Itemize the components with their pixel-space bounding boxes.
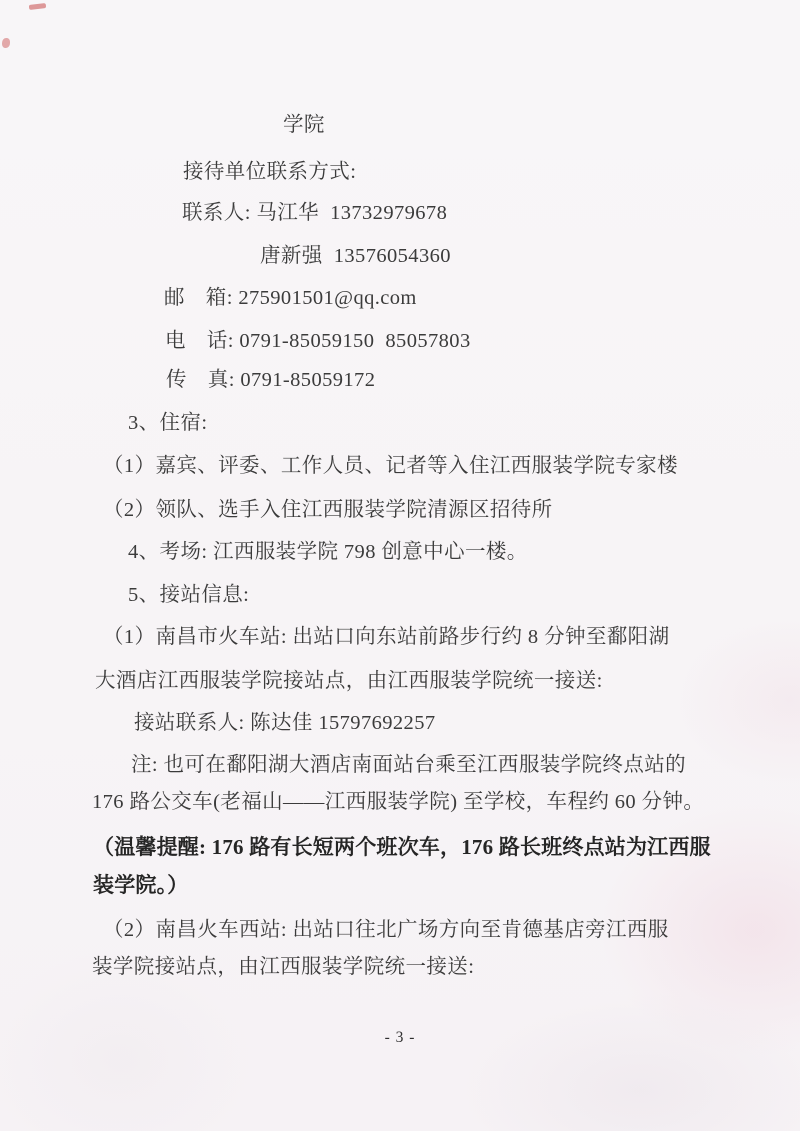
line-accommodation-guests: （1）嘉宾、评委、工作人员、记者等入住江西服装学院专家楼: [103, 453, 678, 480]
page-number: - 3 -: [0, 1029, 800, 1047]
line-xueyuan-fragment: 学院: [283, 112, 325, 139]
line-phone: 电 话: 0791-85059150 85057803: [165, 328, 471, 355]
scanned-document-page: 学院 接待单位联系方式: 联系人: 马江华 13732979678 唐新强 13…: [0, 0, 800, 1131]
line-reception-contact-heading: 接待单位联系方式:: [183, 159, 356, 186]
line-bus-note-part2: 176 路公交车(老福山——江西服装学院) 至学校，车程约 60 分钟。: [92, 789, 704, 816]
line-pickup-station1-part2: 大酒店江西服装学院接站点，由江西服装学院统一接送:: [95, 668, 603, 695]
line-item3-accommodation-heading: 3、住宿:: [128, 410, 207, 437]
line-pickup-contact-chen: 接站联系人: 陈达佳 15797692257: [134, 710, 436, 737]
red-pen-artifact-left: [2, 38, 10, 48]
line-warm-reminder-part2: 装学院。）: [93, 872, 189, 899]
red-pen-artifact-top: [29, 3, 46, 10]
line-pickup-station1-part1: （1）南昌市火车站: 出站口向东站前路步行约 8 分钟至鄱阳湖: [103, 624, 669, 651]
line-pickup-station2-part2: 装学院接站点，由江西服装学院统一接送:: [92, 954, 474, 981]
line-contact-person-tang: 唐新强 13576054360: [260, 243, 451, 270]
line-accommodation-contestants: （2）领队、选手入住江西服装学院清源区招待所: [103, 497, 553, 524]
line-bus-note-part1: 注: 也可在鄱阳湖大酒店南面站台乘至江西服装学院终点站的: [131, 752, 686, 779]
line-fax: 传 真: 0791-85059172: [166, 367, 375, 394]
line-pickup-station2-part1: （2）南昌火车西站: 出站口往北广场方向至肯德基店旁江西服: [103, 917, 669, 944]
line-item5-pickup-heading: 5、接站信息:: [128, 582, 249, 609]
line-contact-person-ma: 联系人: 马江华 13732979678: [182, 200, 447, 227]
line-item4-exam-venue: 4、考场: 江西服装学院 798 创意中心一楼。: [128, 539, 528, 566]
line-email: 邮 箱: 275901501@qq.com: [164, 285, 417, 312]
line-warm-reminder-part1: （温馨提醒: 176 路有长短两个班次车，176 路长班终点站为江西服: [93, 834, 711, 861]
